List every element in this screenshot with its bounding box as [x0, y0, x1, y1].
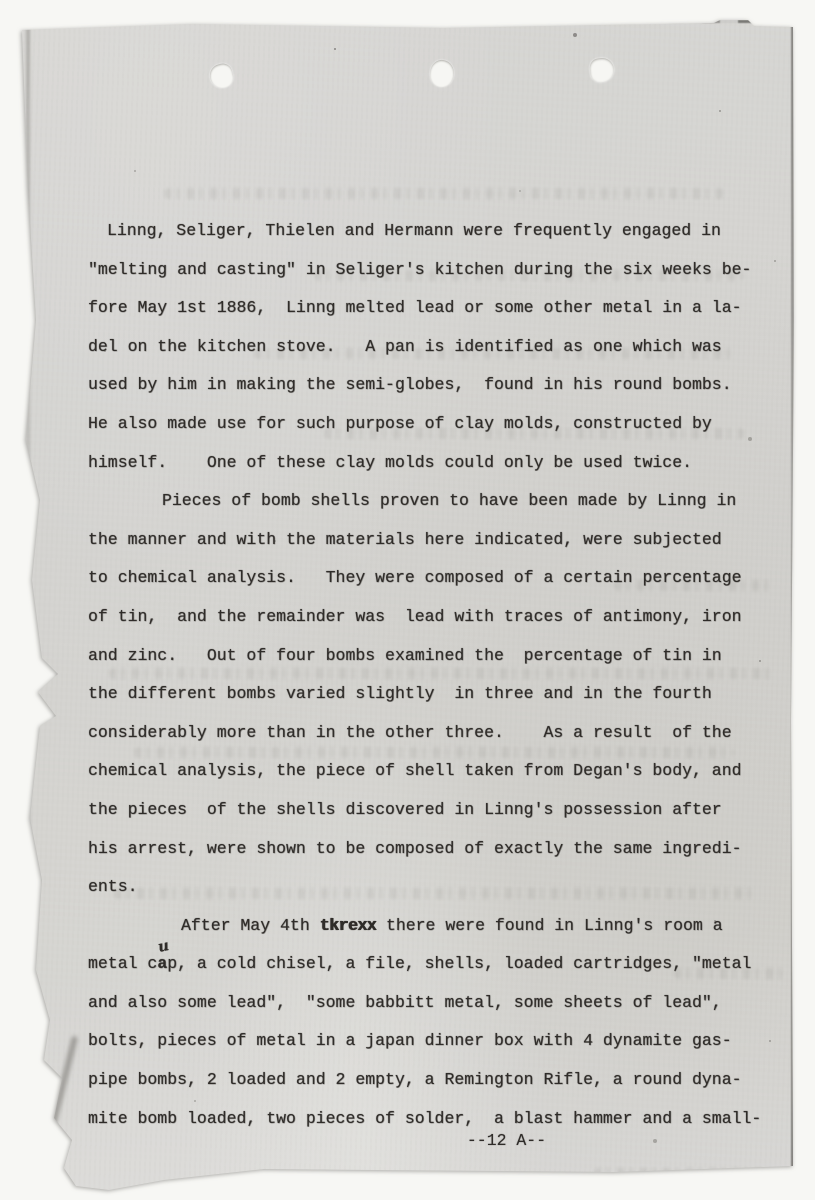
text-line: After May 4th tkrexx there were found in…: [88, 907, 760, 946]
text-segment: there were found in Linng's room a: [376, 916, 723, 935]
paper-torn-edge-left: [26, 28, 30, 1130]
text-segment: of tin, and the remainder was lead with …: [88, 607, 742, 626]
text-line: the different bombs varied slightly in t…: [88, 675, 760, 714]
text-segment: and zinc. Out of four bombs examined the…: [88, 646, 722, 665]
text-segment: He also made use for such purpose of cla…: [88, 414, 712, 433]
page-number: --12 A--: [88, 1122, 760, 1161]
text-segment: p, a cold chisel, a file, shells, loaded…: [167, 954, 751, 973]
text-line: "melting and casting" in Seliger's kitch…: [88, 251, 760, 290]
text-segment: and also some lead", "some babbitt metal…: [88, 993, 722, 1012]
paper-tear-shadow: [36, 1036, 78, 1183]
text-segment: used by him in making the semi-globes, f…: [88, 375, 732, 394]
text-segment: to chemical analysis. They were composed…: [88, 568, 742, 587]
text-segment: his arrest, were shown to be composed of…: [88, 839, 742, 858]
text-line: bolts, pieces of metal in a japan dinner…: [88, 1022, 760, 1061]
text-line: Linng, Seliger, Thielen and Hermann were…: [88, 212, 760, 251]
text-line: fore May 1st 1886, Linng melted lead or …: [88, 289, 760, 328]
bleedthrough-smudge: [164, 188, 724, 199]
text-line: himself. One of these clay molds could o…: [88, 444, 760, 483]
text-line: used by him in making the semi-globes, f…: [88, 366, 760, 405]
text-line: his arrest, were shown to be composed of…: [88, 830, 760, 869]
paper-edge-top: [38, 20, 786, 23]
text-line: considerably more than in the other thre…: [88, 714, 760, 753]
typewritten-text: Linng, Seliger, Thielen and Hermann were…: [88, 212, 760, 1138]
punch-hole: [207, 61, 235, 90]
paper-specks: [14, 20, 16, 22]
text-line: chemical analysis, the piece of shell ta…: [88, 752, 760, 791]
text-line: of tin, and the remainder was lead with …: [88, 598, 760, 637]
text-segment: himself. One of these clay molds could o…: [88, 453, 692, 472]
text-line: and also some lead", "some babbitt metal…: [88, 984, 760, 1023]
text-segment: the pieces of the shells discovered in L…: [88, 800, 722, 819]
text-segment: bolts, pieces of metal in a japan dinner…: [88, 1031, 732, 1050]
text-segment: "melting and casting" in Seliger's kitch…: [88, 260, 751, 279]
text-segment: Pieces of bomb shells proven to have bee…: [162, 491, 736, 510]
text-segment: au: [157, 954, 167, 973]
text-line: Pieces of bomb shells proven to have bee…: [88, 482, 760, 521]
text-segment: pipe bombs, 2 loaded and 2 empty, a Remi…: [88, 1070, 742, 1089]
scan-background: Linng, Seliger, Thielen and Hermann were…: [0, 0, 815, 1200]
bleedthrough-smudge: [594, 1168, 779, 1179]
text-segment: chemical analysis, the piece of shell ta…: [88, 761, 742, 780]
text-segment: Linng, Seliger, Thielen and Hermann were…: [107, 221, 721, 240]
text-segment: ents.: [88, 877, 138, 896]
text-line: ents.: [88, 868, 760, 907]
text-segment: After May 4th: [181, 916, 320, 935]
punch-hole: [589, 57, 615, 83]
text-line: the manner and with the materials here i…: [88, 521, 760, 560]
text-segment: metal c: [88, 954, 157, 973]
text-line: metal caup, a cold chisel, a file, shell…: [88, 945, 760, 984]
text-segment: fore May 1st 1886, Linng melted lead or …: [88, 298, 742, 317]
text-segment: considerably more than in the other thre…: [88, 723, 732, 742]
text-line: to chemical analysis. They were composed…: [88, 559, 760, 598]
text-line: del on the kitchen stove. A pan is ident…: [88, 328, 760, 367]
text-line: and zinc. Out of four bombs examined the…: [88, 637, 760, 676]
punch-hole: [428, 58, 456, 88]
text-segment: the different bombs varied slightly in t…: [88, 684, 712, 703]
struck-out-word: tkrexx: [320, 916, 376, 935]
paper-edge-right: [791, 26, 794, 1172]
text-segment: the manner and with the materials here i…: [88, 530, 722, 549]
text-line: the pieces of the shells discovered in L…: [88, 791, 760, 830]
text-line: He also made use for such purpose of cla…: [88, 405, 760, 444]
text-segment: del on the kitchen stove. A pan is ident…: [88, 337, 722, 356]
text-line: pipe bombs, 2 loaded and 2 empty, a Remi…: [88, 1061, 760, 1100]
